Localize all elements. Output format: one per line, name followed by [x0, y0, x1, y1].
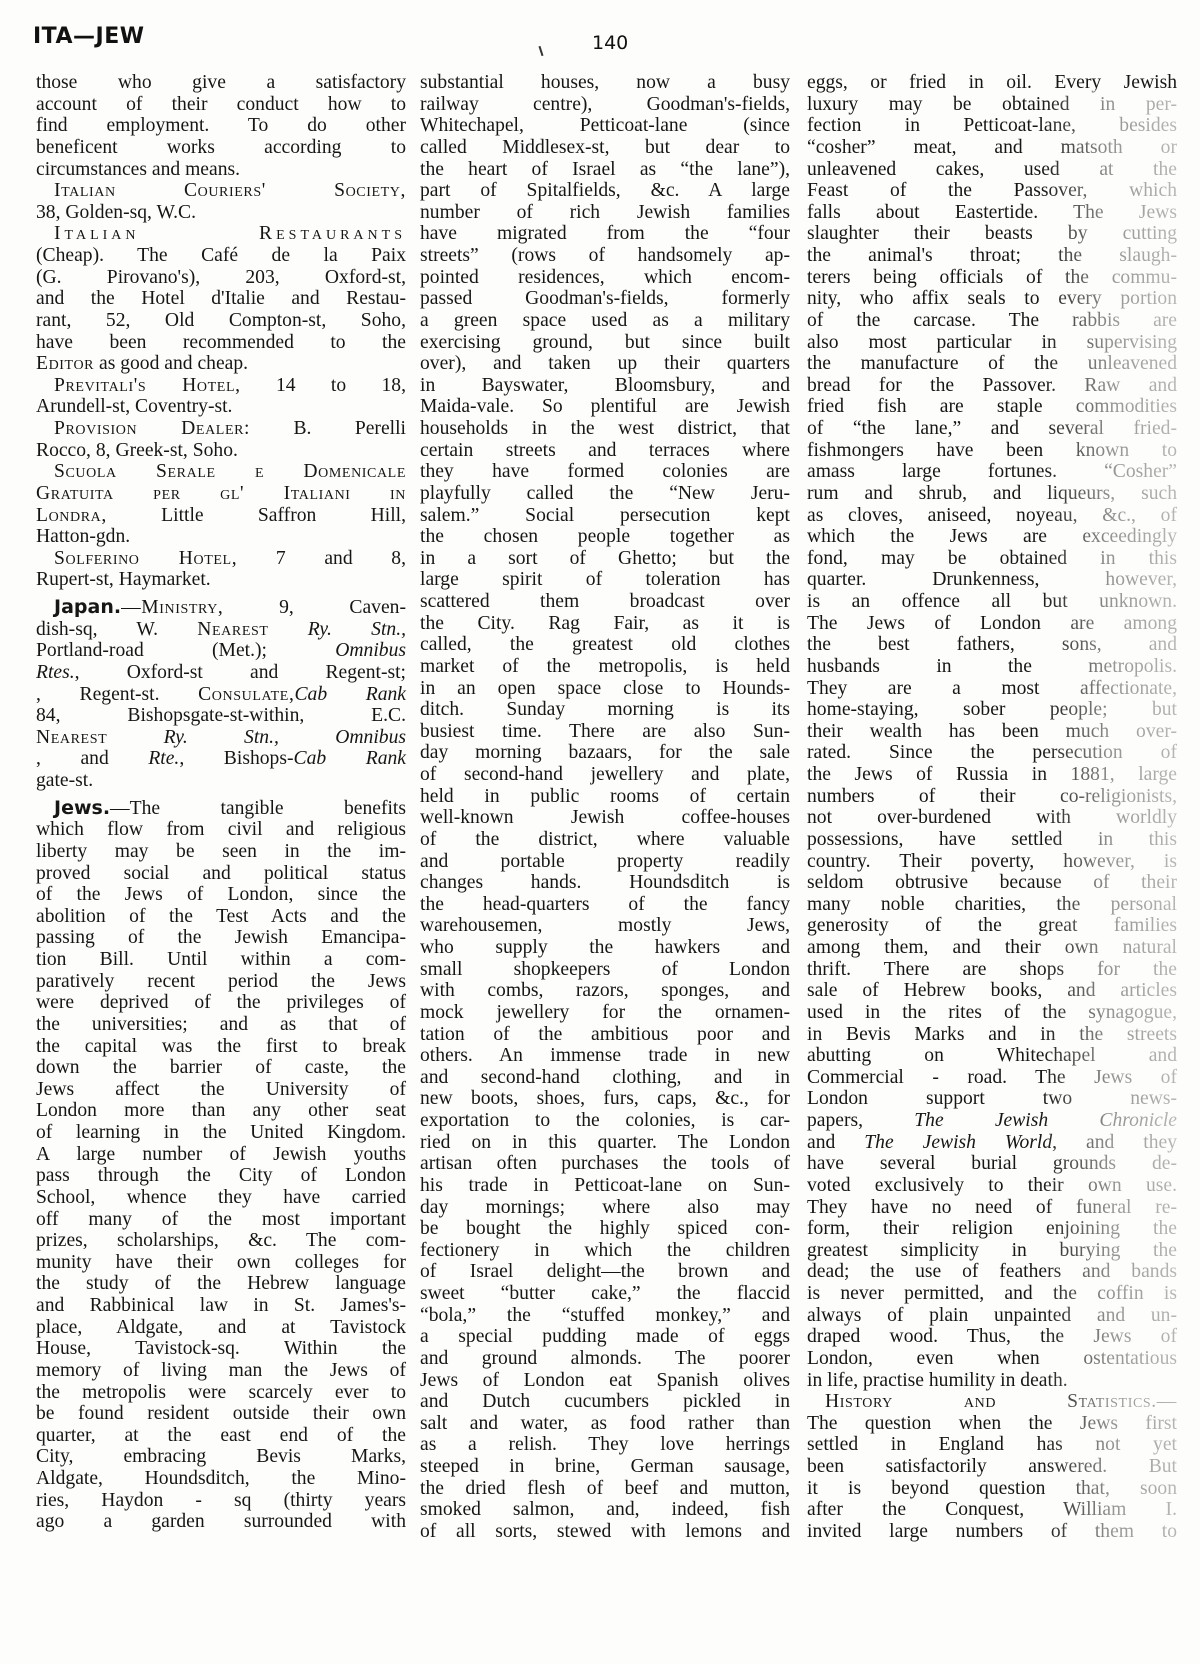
text-line: dead; the use of feathers and bands — [807, 1261, 1177, 1283]
text-line: which flow from civil and religious — [36, 819, 406, 841]
text-line: eggs, or fried in oil. Every Jewish — [807, 72, 1177, 94]
text-line: off many of the most important — [36, 1209, 406, 1231]
text-line: London, even when ostentatious — [807, 1348, 1177, 1370]
text-line: form, their religion enjoining the — [807, 1218, 1177, 1240]
text-line: unleavened cakes, used at the — [807, 159, 1177, 181]
text-line: is never permitted, and the coffin is — [807, 1283, 1177, 1305]
text-line: day mornings; where also may — [420, 1197, 790, 1219]
text-line: held in public rooms of certain — [420, 786, 790, 808]
text-line: terers being officials of the commu- — [807, 267, 1177, 289]
page-number: 140 — [592, 32, 628, 54]
text-line: pointed residences, which encom- — [420, 267, 790, 289]
text-line: dish-sq, W. Nearest Ry. Stn., — [36, 619, 406, 641]
text-line: History and Statistics.— — [807, 1391, 1177, 1413]
text-line: amass large fortunes. “Cosher” — [807, 461, 1177, 483]
text-line: have migrated from the “four — [420, 223, 790, 245]
text-line: warehousemen, mostly Jews, — [420, 915, 790, 937]
text-line: of learning in the United Kingdom. — [36, 1122, 406, 1144]
text-line: of the Jews of London, since the — [36, 884, 406, 906]
text-line: Aldgate, Houndsditch, the Mino- — [36, 1468, 406, 1490]
text-line: Rupert-st, Haymarket. — [36, 569, 406, 591]
text-line: they have formed colonies are — [420, 461, 790, 483]
text-line: Londra, Little Saffron Hill, — [36, 505, 406, 527]
text-line: Rocco, 8, Greek-st, Soho. — [36, 440, 406, 462]
text-line: number of rich Jewish families — [420, 202, 790, 224]
text-line: tion Bill. Until within a com- — [36, 949, 406, 971]
text-line: the universities; and as that of — [36, 1014, 406, 1036]
text-line: abolition of the Test Acts and the — [36, 906, 406, 928]
text-line: memory of living man the Jews of — [36, 1360, 406, 1382]
text-line: ditch. Sunday morning is its — [420, 699, 790, 721]
text-line: many noble charities, the personal — [807, 894, 1177, 916]
text-line: mock jewellery for the ornamen- — [420, 1002, 790, 1024]
book-page: ITA—JEW 140 those who give a satisfactor… — [0, 0, 1200, 1664]
text-line: fried fish are staple commodities — [807, 396, 1177, 418]
text-line: quarter, at the east end of the — [36, 1425, 406, 1447]
text-line: They are a most affectionate, — [807, 678, 1177, 700]
running-head: ITA—JEW — [33, 24, 145, 49]
text-line: The Jews of London are among — [807, 613, 1177, 635]
text-line: the metropolis were scarcely ever to — [36, 1382, 406, 1404]
text-line: of second-hand jewellery and plate, — [420, 764, 790, 786]
scan-mark — [539, 46, 544, 56]
text-line: ago a garden surrounded with — [36, 1511, 406, 1533]
text-line: artisan often purchases the tools of — [420, 1153, 790, 1175]
text-line: papers, The Jewish Chronicle — [807, 1110, 1177, 1132]
text-line: London more than any other seat — [36, 1100, 406, 1122]
text-line: 38, Golden-sq, W.C. — [36, 202, 406, 224]
text-line: and portable property readily — [420, 851, 790, 873]
text-line: Japan.—Ministry, 9, Caven- — [36, 597, 406, 619]
text-line: Feast of the Passover, which — [807, 180, 1177, 202]
text-line: “cosher” meat, and matsoth or — [807, 137, 1177, 159]
text-line: the study of the Hebrew language — [36, 1273, 406, 1295]
text-line: (Cheap). The Café de la Paix — [36, 245, 406, 267]
text-line: the capital was the first to break — [36, 1036, 406, 1058]
text-line: sweet “butter cake,” the flaccid — [420, 1283, 790, 1305]
text-line: streets” (rows of handsomely ap- — [420, 245, 790, 267]
text-line: a special pudding made of eggs — [420, 1326, 790, 1348]
text-line: the manufacture of the unleavened — [807, 353, 1177, 375]
text-line: , Regent-st. Consulate,Cab Rank — [36, 684, 406, 706]
text-line: prizes, scholarships, &c. The com- — [36, 1230, 406, 1252]
text-line: settled in England has not yet — [807, 1434, 1177, 1456]
text-line: salt and water, as food rather than — [420, 1413, 790, 1435]
text-line: School, whence they have carried — [36, 1187, 406, 1209]
text-line: Nearest Ry. Stn., Omnibus — [36, 727, 406, 749]
text-line: London support two news- — [807, 1088, 1177, 1110]
text-line: Maida-vale. So plentiful are Jewish — [420, 396, 790, 418]
text-line: as cloves, aniseed, noyeau, &c., of — [807, 505, 1177, 527]
text-line: exercising ground, but since built — [420, 332, 790, 354]
text-line: day morning bazaars, for the sale — [420, 742, 790, 764]
text-line: always of plain unpainted and un- — [807, 1305, 1177, 1327]
text-line: tation of the ambitious poor and — [420, 1024, 790, 1046]
text-line: rant, 52, Old Compton-st, Soho, — [36, 310, 406, 332]
text-line: others. An immense trade in new — [420, 1045, 790, 1067]
text-line: A large number of Jewish youths — [36, 1144, 406, 1166]
text-line: over), and taken up their quarters — [420, 353, 790, 375]
text-line: used in the rites of the synagogue, — [807, 1002, 1177, 1024]
text-line: 84, Bishopsgate-st-within, E.C. — [36, 705, 406, 727]
text-line: voted exclusively to their own use. — [807, 1175, 1177, 1197]
text-line: exportation to the colonies, is car- — [420, 1110, 790, 1132]
text-line: gate-st. — [36, 770, 406, 792]
text-line: circumstances and means. — [36, 159, 406, 181]
text-line: were deprived of the privileges of — [36, 992, 406, 1014]
text-line: City, embracing Bevis Marks, — [36, 1446, 406, 1468]
text-line: substantial houses, now a busy — [420, 72, 790, 94]
text-line: ried on in this quarter. The London — [420, 1132, 790, 1154]
text-line: the best fathers, sons, and — [807, 634, 1177, 656]
column-left: those who give a satisfactoryaccount of … — [36, 72, 406, 1533]
text-line: called, the greatest old clothes — [420, 634, 790, 656]
column-middle: substantial houses, now a busyrailway ce… — [420, 72, 790, 1543]
text-line: the chosen people together as — [420, 526, 790, 548]
text-line: have several burial grounds de- — [807, 1153, 1177, 1175]
text-line: a green space used as a military — [420, 310, 790, 332]
text-line: Hatton-gdn. — [36, 526, 406, 548]
text-line: certain streets and terraces where — [420, 440, 790, 462]
text-line: those who give a satisfactory — [36, 72, 406, 94]
text-line: slaughter their beasts by cutting — [807, 223, 1177, 245]
text-line: numbers of their co-religionists, — [807, 786, 1177, 808]
text-line: bread for the Passover. Raw and — [807, 375, 1177, 397]
text-line: and second-hand clothing, and in — [420, 1067, 790, 1089]
text-line: changes hands. Houndsditch is — [420, 872, 790, 894]
text-line: have been recommended to the — [36, 332, 406, 354]
text-line: well-known Jewish coffee-houses — [420, 807, 790, 829]
text-line: which the Jews are exceedingly — [807, 526, 1177, 548]
text-line: and Dutch cucumbers pickled in — [420, 1391, 790, 1413]
text-line: (G. Pirovano's), 203, Oxford-st, — [36, 267, 406, 289]
text-line: in Bayswater, Bloomsbury, and — [420, 375, 790, 397]
text-line: as a relish. They love herrings — [420, 1434, 790, 1456]
text-line: rum and shrub, and liqueurs, such — [807, 483, 1177, 505]
text-line: the heart of Israel as “the lane”), — [420, 159, 790, 181]
text-line: passed Goodman's-fields, formerly — [420, 288, 790, 310]
text-line: also most particular in supervising — [807, 332, 1177, 354]
text-line: passing of the Jewish Emancipa- — [36, 927, 406, 949]
text-line: after the Conquest, William I. — [807, 1499, 1177, 1521]
text-line: the Jews of Russia in 1881, large — [807, 764, 1177, 786]
text-line: place, Aldgate, and at Tavistock — [36, 1317, 406, 1339]
text-line: among them, and their own natural — [807, 937, 1177, 959]
text-line: possessions, have settled in this — [807, 829, 1177, 851]
text-line: fond, may be obtained in this — [807, 548, 1177, 570]
text-line: greatest simplicity in burying the — [807, 1240, 1177, 1262]
text-line: Arundell-st, Coventry-st. — [36, 396, 406, 418]
text-line: steeped in brine, German sausage, — [420, 1456, 790, 1478]
text-line: Whitechapel, Petticoat-lane (since — [420, 115, 790, 137]
text-line: market of the metropolis, is held — [420, 656, 790, 678]
text-line: home-staying, sober people; but — [807, 699, 1177, 721]
text-line: Jews affect the University of — [36, 1079, 406, 1101]
text-line: sale of Hebrew books, and articles — [807, 980, 1177, 1002]
text-line: and the Hotel d'Italie and Restau- — [36, 288, 406, 310]
text-line: and The Jewish World, and they — [807, 1132, 1177, 1154]
text-line: down the barrier of caste, the — [36, 1057, 406, 1079]
text-line: Portland-road (Met.); Omnibus — [36, 640, 406, 662]
text-line: They have no need of funeral re- — [807, 1197, 1177, 1219]
text-line: find employment. To do other — [36, 115, 406, 137]
text-line: fection in Petticoat-lane, besides — [807, 115, 1177, 137]
text-line: fishmongers have been known to — [807, 440, 1177, 462]
text-line: the head-quarters of the fancy — [420, 894, 790, 916]
text-line: The question when the Jews first — [807, 1413, 1177, 1435]
text-line: and ground almonds. The poorer — [420, 1348, 790, 1370]
text-line: Italian Restaurants — [36, 223, 406, 245]
text-line: be found resident outside their own — [36, 1403, 406, 1425]
text-line: the City. Rag Fair, as it is — [420, 613, 790, 635]
text-line: , and Rte., Bishops-Cab Rank — [36, 748, 406, 770]
text-line: be bought the highly spiced con- — [420, 1218, 790, 1240]
text-line: not over-burdened with worldly — [807, 807, 1177, 829]
text-line: liberty may be seen in the im- — [36, 841, 406, 863]
text-line: railway centre), Goodman's-fields, — [420, 94, 790, 116]
text-line: busiest time. There are also Sun- — [420, 721, 790, 743]
text-line: munity have their own colleges for — [36, 1252, 406, 1274]
text-line: part of Spitalfields, &c. A large — [420, 180, 790, 202]
text-line: thrift. There are shops for the — [807, 959, 1177, 981]
text-line: the dried flesh of beef and mutton, — [420, 1478, 790, 1500]
text-line: in a sort of Ghetto; but the — [420, 548, 790, 570]
text-line: account of their conduct how to — [36, 94, 406, 116]
text-line: quarter. Drunkenness, however, — [807, 569, 1177, 591]
text-line: Provision Dealer: B. Perelli — [36, 418, 406, 440]
text-line: House, Tavistock-sq. Within the — [36, 1338, 406, 1360]
text-line: is an offence all but unknown. — [807, 591, 1177, 613]
text-line: small shopkeepers of London — [420, 959, 790, 981]
column-right: eggs, or fried in oil. Every Jewishluxur… — [807, 72, 1177, 1543]
text-line: nity, who affix seals to every portion — [807, 288, 1177, 310]
text-line: of the carcase. The rabbis are — [807, 310, 1177, 332]
text-line: beneficent works according to — [36, 137, 406, 159]
text-line: with combs, razors, sponges, and — [420, 980, 790, 1002]
text-line: in an open space close to Hounds- — [420, 678, 790, 700]
text-line: Commercial - road. The Jews of — [807, 1067, 1177, 1089]
text-line: fectionery in which the children — [420, 1240, 790, 1262]
text-line: husbands in the metropolis. — [807, 656, 1177, 678]
text-line: Gratuita per gl' Italiani in — [36, 483, 406, 505]
text-line: scattered them broadcast over — [420, 591, 790, 613]
text-line: ries, Haydon - sq (thirty years — [36, 1490, 406, 1512]
text-line: Solferino Hotel, 7 and 8, — [36, 548, 406, 570]
text-line: in Bevis Marks and in the streets — [807, 1024, 1177, 1046]
text-line: smoked salmon, and, indeed, fish — [420, 1499, 790, 1521]
text-line: of “the lane,” and several fried- — [807, 418, 1177, 440]
text-line: been satisfactorily answered. But — [807, 1456, 1177, 1478]
text-line: salem.” Social persecution kept — [420, 505, 790, 527]
text-line: Scuola Serale e Domenicale — [36, 461, 406, 483]
text-line: Jews.—The tangible benefits — [36, 798, 406, 820]
text-line: Rtes., Oxford-st and Regent-st; — [36, 662, 406, 684]
text-line: of the district, where valuable — [420, 829, 790, 851]
text-line: invited large numbers of them to — [807, 1521, 1177, 1543]
text-line: Previtali's Hotel, 14 to 18, — [36, 375, 406, 397]
text-line: seldom obtrusive because of their — [807, 872, 1177, 894]
text-line: and Rabbinical law in St. James's- — [36, 1295, 406, 1317]
text-line: draped wood. Thus, the Jews of — [807, 1326, 1177, 1348]
text-line: luxury may be obtained in per- — [807, 94, 1177, 116]
text-line: paratively recent period the Jews — [36, 971, 406, 993]
text-line: proved social and political status — [36, 863, 406, 885]
text-line: who supply the hawkers and — [420, 937, 790, 959]
text-line: his trade in Petticoat-lane on Sun- — [420, 1175, 790, 1197]
text-line: rated. Since the persecution of — [807, 742, 1177, 764]
text-line: households in the west district, that — [420, 418, 790, 440]
text-line: it is beyond question that, soon — [807, 1478, 1177, 1500]
text-line: generosity of the great families — [807, 915, 1177, 937]
text-line: “bola,” the “stuffed monkey,” and — [420, 1305, 790, 1327]
text-line: falls about Eastertide. The Jews — [807, 202, 1177, 224]
text-line: Editor as good and cheap. — [36, 353, 406, 375]
text-line: of Israel delight—the brown and — [420, 1261, 790, 1283]
text-line: of all sorts, stewed with lemons and — [420, 1521, 790, 1543]
text-line: in life, practise humility in death. — [807, 1370, 1177, 1392]
text-line: pass through the City of London — [36, 1165, 406, 1187]
text-line: their wealth has been much over- — [807, 721, 1177, 743]
text-line: abutting on Whitechapel and — [807, 1045, 1177, 1067]
text-line: Jews of London eat Spanish olives — [420, 1370, 790, 1392]
text-line: Italian Couriers' Society, — [36, 180, 406, 202]
text-line: the animal's throat; the slaugh- — [807, 245, 1177, 267]
text-line: called Middlesex-st, but dear to — [420, 137, 790, 159]
text-line: new boots, shoes, furs, caps, &c., for — [420, 1088, 790, 1110]
text-line: country. Their poverty, however, is — [807, 851, 1177, 873]
text-line: large spirit of toleration has — [420, 569, 790, 591]
text-line: playfully called the “New Jeru- — [420, 483, 790, 505]
